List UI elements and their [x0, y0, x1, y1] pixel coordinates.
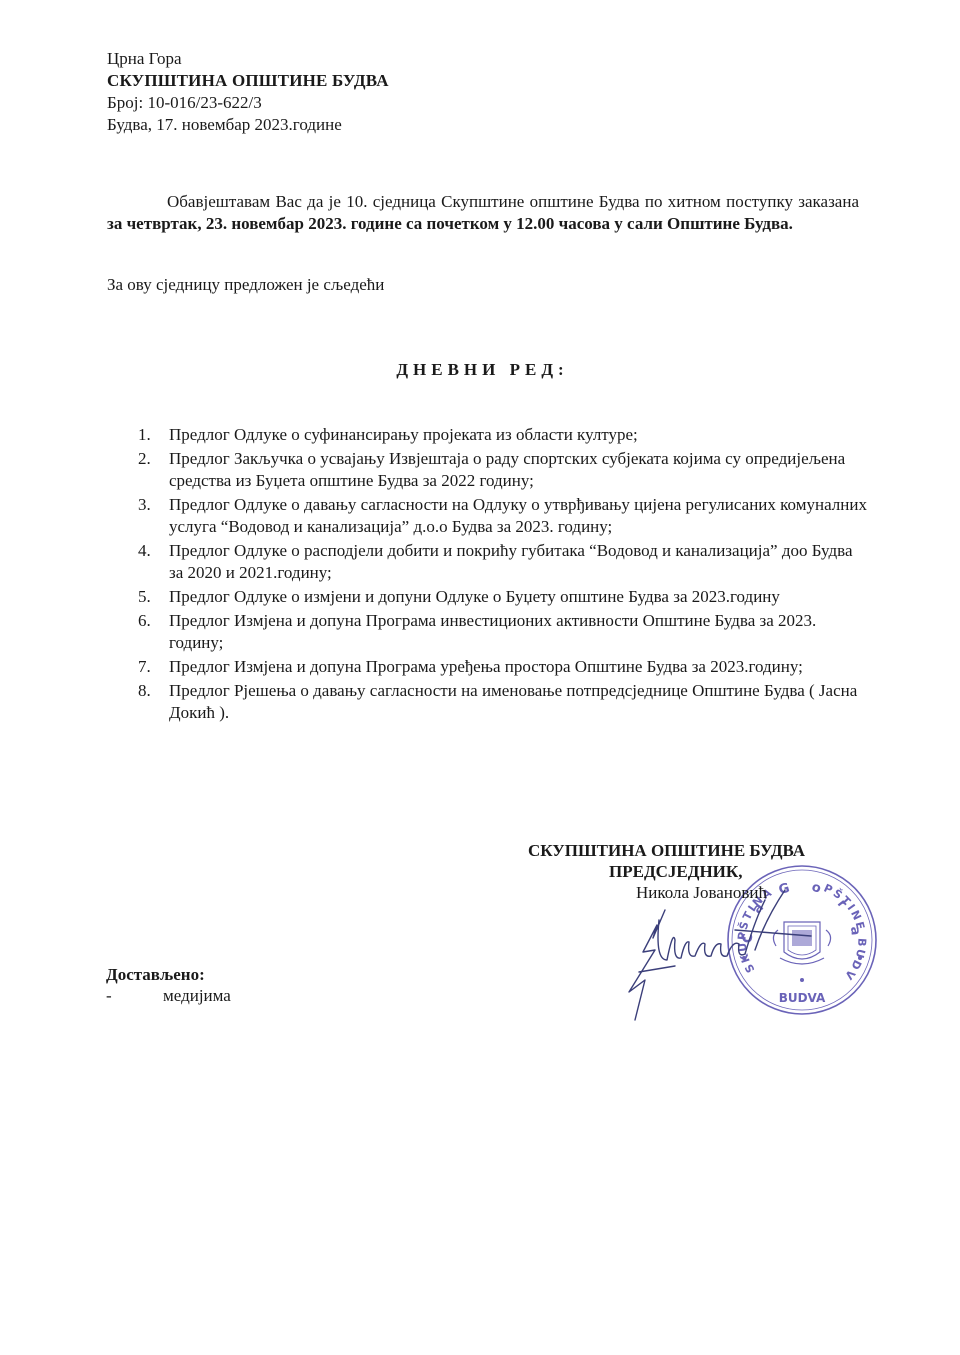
agenda-item-number: 1. — [138, 424, 151, 446]
agenda-title: ДНЕВНИ РЕД: — [0, 360, 960, 380]
agenda-item-text: Предлог Одлуке о давању сагласности на О… — [169, 495, 867, 536]
agenda-list: 1.Предлог Одлуке о суфинансирању пројека… — [130, 424, 870, 726]
agenda-item-text: Предлог Измјена и допуна Програма инвест… — [169, 611, 816, 652]
agenda-item-number: 5. — [138, 586, 151, 608]
agenda-item-number: 6. — [138, 610, 151, 632]
agenda-item-number: 7. — [138, 656, 151, 678]
agenda-item: 6.Предлог Измјена и допуна Програма инве… — [130, 610, 870, 654]
place-and-date: Будва, 17. новембар 2023.године — [107, 114, 342, 136]
agenda-item: 3.Предлог Одлуке о давању сагласности на… — [130, 494, 870, 538]
agenda-item-text: Предлог Одлуке о суфинансирању пројеката… — [169, 425, 638, 444]
session-notice-paragraph: Обавјештавам Вас да је 10. сједница Скуп… — [107, 191, 859, 235]
signatory-organization: СКУПШТИНА ОПШТИНЕ БУДВА — [528, 840, 805, 861]
signatory-title: ПРЕДСЈЕДНИК, — [609, 861, 742, 882]
notice-session-datetime: за четвртак, 23. новембар 2023. године с… — [107, 214, 793, 233]
agenda-item: 4.Предлог Одлуке о расподјели добити и п… — [130, 540, 870, 584]
agenda-item: 5.Предлог Одлуке о измјени и допуни Одлу… — [130, 586, 870, 608]
delivered-label: Достављено: — [106, 965, 205, 985]
proposal-line: За ову сједницу предложен је сљедећи — [107, 275, 384, 295]
agenda-item-number: 2. — [138, 448, 151, 470]
country-name: Црна Гора — [107, 48, 182, 70]
agenda-item-number: 3. — [138, 494, 151, 516]
delivered-recipient: медијима — [163, 986, 231, 1006]
agenda-item-text: Предлог Рјешења о давању сагласности на … — [169, 681, 857, 722]
delivered-bullet: - — [106, 986, 112, 1006]
agenda-item: 8.Предлог Рјешења о давању сагласности н… — [130, 680, 870, 724]
agenda-item-number: 8. — [138, 680, 151, 702]
agenda-item: 7.Предлог Измјена и допуна Програма уређ… — [130, 656, 870, 678]
agenda-item-text: Предлог Одлуке о измјени и допуни Одлуке… — [169, 587, 780, 606]
agenda-item-text: Предлог Закључка о усвајању Извјештаја о… — [169, 449, 845, 490]
notice-intro: Обавјештавам Вас да је 10. сједница Скуп… — [167, 192, 859, 211]
signatory-name: Никола Јовановић — [636, 882, 767, 903]
agenda-item-text: Предлог Одлуке о расподјели добити и пок… — [169, 541, 853, 582]
agenda-item: 1.Предлог Одлуке о суфинансирању пројека… — [130, 424, 870, 446]
agenda-item: 2.Предлог Закључка о усвајању Извјештаја… — [130, 448, 870, 492]
document-number: Број: 10-016/23-622/3 — [107, 92, 262, 114]
assembly-name: СКУПШТИНА ОПШТИНЕ БУДВА — [107, 70, 389, 92]
agenda-item-text: Предлог Измјена и допуна Програма уређењ… — [169, 657, 803, 676]
agenda-item-number: 4. — [138, 540, 151, 562]
